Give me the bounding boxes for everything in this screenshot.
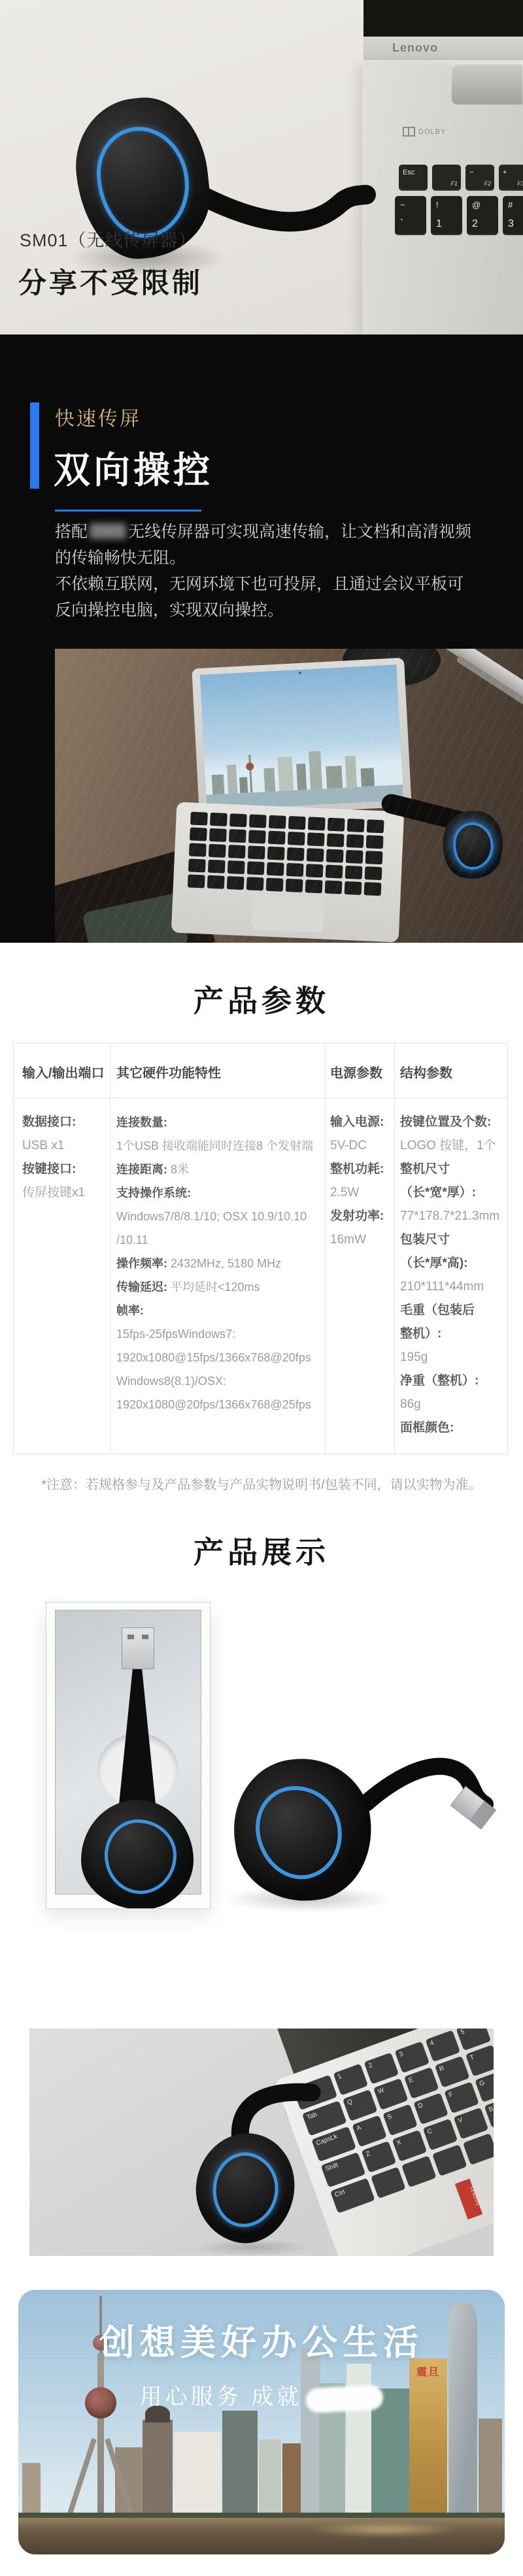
spec-line: 毛重（包装后 (400, 1299, 499, 1322)
keyboard-key (286, 863, 304, 877)
building-logo: 震旦 (409, 2364, 447, 2379)
redacted-brand (305, 2385, 384, 2413)
spec-line: 1个USB 接收端能同时连接8 个发射端 (116, 1134, 313, 1158)
keyboard-key (345, 881, 362, 895)
banner-subtitle: 用心服务 成就 (18, 2379, 505, 2411)
feature-title: 双向操控 (54, 442, 213, 494)
wallpaper-building (278, 757, 294, 791)
keyboard-key: F (444, 2081, 479, 2113)
wallpaper-building (296, 764, 307, 791)
device-blue-ring-icon (450, 820, 496, 872)
keyboard-key (366, 835, 384, 849)
river-water (18, 2518, 505, 2554)
redacted-brand (90, 523, 126, 539)
keyboard-key (209, 828, 227, 842)
keyboard-key: A (352, 2115, 387, 2147)
keyboard-key (229, 813, 247, 827)
spec-line: 输入电源: (330, 1111, 384, 1134)
keyboard-key (364, 882, 382, 896)
keyboard-function-row: EscF1−F2+F3 (399, 165, 523, 189)
spec-line: 5V-DC (330, 1134, 384, 1158)
specs-title: 产品参数 (0, 977, 523, 1020)
keyboard-key: V (454, 2108, 489, 2140)
spec-line: 包装尺寸 (400, 1228, 499, 1252)
dolby-label: DOLBY (418, 128, 446, 136)
keyboard-key (190, 811, 208, 825)
spec-column-hardware: 连接数量:1个USB 接收端能同时连接8 个发射端连接距离: 8米支持操作系统:… (116, 1111, 313, 1416)
spec-line: 77*178.7*21.3mm (400, 1205, 499, 1228)
keyboard-key (268, 831, 286, 845)
screen-wallpaper (200, 664, 403, 810)
building (301, 2348, 320, 2518)
keyboard-key: G (475, 2070, 494, 2102)
banner-subtitle-text: 用心服务 成就 (140, 2385, 302, 2409)
tower-column (97, 2353, 104, 2518)
usb-connector (122, 1627, 154, 1669)
keyboard-number-row: ~`!1@2#3 (395, 196, 523, 234)
box-tray (55, 1610, 201, 1895)
keyboard-key (306, 864, 324, 877)
keyboard-key (325, 881, 343, 894)
table-border (507, 1043, 508, 1454)
spec-line: 净重（整机）: (400, 1369, 499, 1393)
keyboard-key: F1 (432, 165, 461, 189)
table-border (13, 1043, 508, 1043)
keyboard-key (328, 818, 345, 832)
wallpaper-building (345, 756, 357, 788)
feature-section: 快速传屏 双向操控 搭配无线传屏器可实现高速传输，让文档和高清视频 的传输畅快无… (0, 334, 523, 943)
keyboard-key: R (435, 2056, 470, 2088)
spec-line: 195g (400, 1346, 499, 1369)
keyboard-key (345, 866, 363, 879)
spec-line: 传输延迟: 平均延时<120ms (116, 1275, 313, 1299)
column-header: 其它硬件功能特性 (116, 1062, 221, 1081)
keyboard-key (189, 843, 207, 856)
keyboard-key (371, 2167, 406, 2199)
spec-line: 1920x1080@20fps/1366x768@25fps (116, 1393, 313, 1416)
usage-photo (55, 649, 523, 943)
keyboard-key: 1 (333, 2064, 369, 2096)
keyboard-key (247, 861, 265, 875)
keyboard-key: 4 (425, 2030, 460, 2062)
keyboard-key (267, 847, 285, 860)
building (22, 2463, 41, 2518)
keyboard-key (307, 848, 324, 862)
keyboard-key: Esc (399, 165, 428, 189)
keyboard-key: @2 (467, 196, 498, 234)
keyboard-key (365, 866, 382, 880)
accent-bar (30, 402, 39, 489)
spec-line: 按键接口: (22, 1158, 85, 1181)
spec-line: 按键位置及个数: (400, 1111, 499, 1134)
trackpad (251, 894, 324, 933)
spec-line: 发射功率: (330, 1205, 384, 1228)
spec-line: Windows7/8/8.1/10; OSX 10.9/10.10 (116, 1205, 313, 1228)
spec-line: 面框颜色: (400, 1416, 499, 1440)
wallpaper-water (206, 785, 403, 811)
keyboard-key (346, 834, 364, 848)
brand-banner: 震旦 创想美好办公生活 用心服务 成就 (18, 2290, 505, 2554)
keyboard-key: D (413, 2093, 448, 2125)
wallpaper-building (309, 751, 322, 790)
keyboard-key (287, 847, 305, 861)
laptop-deck: DOLBY EscF1−F2+F3 ~`!1@2#3 (362, 65, 523, 334)
keyboard-key (188, 858, 206, 872)
macbook-screen (192, 658, 411, 818)
keyboard-key: Q (343, 2089, 378, 2121)
packaging-box-photo (46, 1602, 211, 1909)
webcam-icon (298, 672, 301, 674)
chair (82, 892, 188, 943)
hero-headline: 分享不受限制 (18, 261, 203, 301)
spec-line: 操作频率: 2432MHz, 5180 MHz (116, 1252, 313, 1275)
spec-column-structure: 按键位置及个数:LOGO 按键，1个整机尺寸（长*宽*厚）:77*178.7*2… (400, 1111, 499, 1440)
keyboard-key (401, 2155, 437, 2187)
keyboard-key (288, 816, 306, 830)
device-blue-ring-icon (94, 124, 192, 240)
desc-line3: 不依赖互联网，无网环境下也可投屏，且通过会议平板可 (55, 575, 464, 593)
keyboard-key: S (382, 2104, 418, 2136)
product-detail-page: Lenovo DOLBY EscF1−F2+F3 ~`!1@2#3 SM01（无… (0, 0, 523, 2576)
spec-line: 支持操作系统: (116, 1181, 313, 1205)
hero-photo: Lenovo DOLBY EscF1−F2+F3 ~`!1@2#3 SM01（无… (0, 0, 523, 334)
feature-description: 搭配无线传屏器可实现高速传输，让文档和高清视频 的传输畅快无阻。 不依赖互联网，… (55, 519, 506, 623)
keyboard-key (269, 815, 286, 829)
spec-line: 210*111*44mm (400, 1275, 499, 1299)
wallpaper-building (227, 764, 237, 794)
marker-tray-shadow (456, 655, 523, 732)
keyboard-key: 2 (364, 2053, 399, 2085)
keyboard-key (307, 832, 325, 846)
macbook-keyboard (188, 811, 390, 896)
speakerphone (343, 649, 441, 687)
keyboard-key (248, 845, 265, 859)
keyboard-key (190, 827, 207, 841)
keyboard-key: !1 (431, 196, 462, 234)
spec-line: 15fps-25fpsWindows7: (116, 1322, 313, 1346)
laptop-lid (363, 0, 523, 37)
specs-disclaimer: *注意：若规格参与及产品参数与产品实物说明书/包装不同，请以实物为准。 (0, 1474, 523, 1493)
keyboard-key (365, 851, 383, 864)
keyboard-key: C (423, 2119, 458, 2151)
keyboard-key (228, 860, 245, 874)
keyboard-key (326, 849, 344, 863)
showcase-title: 产品展示 (0, 1529, 523, 1572)
spec-line: （长*宽*厚）: (400, 1181, 499, 1205)
feature-tag: 快速传屏 (55, 402, 141, 431)
building (479, 2419, 502, 2518)
table-border (394, 1043, 395, 1454)
dolby-logo: DOLBY (403, 127, 446, 137)
floor (55, 847, 215, 943)
device-cable (379, 792, 474, 833)
marker-tray (428, 649, 523, 708)
pearl-tower-mini (248, 755, 252, 792)
table-border (13, 1454, 508, 1454)
wallpaper-building (212, 774, 225, 794)
spec-line: Windows8(8.1)/OSX: (116, 1369, 313, 1393)
keyboard-key: +F3 (499, 165, 523, 189)
keyboard-key (227, 876, 245, 890)
keyboard-key (346, 850, 363, 864)
keyboard-key (228, 845, 246, 858)
column-header: 结构参数 (400, 1062, 452, 1081)
keyboard-key: #3 (503, 196, 523, 234)
keyboard-key (188, 874, 205, 888)
presenter-device (186, 2124, 305, 2252)
keyboard-key: ~` (395, 196, 426, 234)
desc-line2: 的传输畅快无阻。 (55, 549, 186, 567)
dolby-icon (403, 127, 415, 137)
spec-line: 1920x1080@15fps/1366x768@20fps (116, 1346, 313, 1369)
usb-connector (450, 1786, 497, 1830)
keyboard-key: 3 (395, 2041, 430, 2073)
keyboard-key (267, 862, 284, 876)
spec-line: USB x1 (22, 1134, 85, 1158)
table-border (13, 1043, 14, 1454)
spec-line: 连接数量: (116, 1111, 313, 1134)
wallpaper-building (263, 768, 275, 792)
keyboard-key (308, 817, 326, 830)
keyboard-key (249, 814, 267, 828)
table-border (325, 1043, 326, 1454)
spec-column-power: 输入电源:5V-DC整机功耗:2.5W发射功率:16mW (330, 1111, 384, 1252)
keyboard-key (229, 829, 246, 843)
model-label: SM01（无线传屏器） (20, 226, 197, 252)
spec-line: 数据接口: (22, 1111, 85, 1134)
keyboard-key (266, 878, 284, 892)
spec-line: 传屏按键x1 (22, 1181, 85, 1205)
spec-line: 连接距离: 8米 (116, 1158, 313, 1181)
spec-line: （长*厚*高): (400, 1252, 499, 1275)
keyboard-key (288, 832, 305, 845)
keyboard-key (208, 860, 226, 873)
device-blue-ring-icon (105, 1819, 177, 1894)
spec-line: 帧率: (116, 1299, 313, 1322)
desc-line1: 无线传屏器可实现高速传输，让文档和高清视频 (128, 523, 471, 541)
keyboard-key (432, 2144, 467, 2176)
keyboard-key (327, 834, 345, 847)
building (222, 2411, 258, 2518)
building (143, 2420, 173, 2518)
presenter-device (81, 1800, 194, 1909)
keyboard-key (367, 819, 384, 833)
keyboard-key (326, 865, 343, 879)
accent-underline (55, 510, 201, 512)
device-blue-ring-icon (248, 1778, 350, 1887)
banner-title: 创想美好办公生活 (18, 2315, 505, 2365)
keyboard-key: T (465, 2045, 494, 2077)
macbook-deck (171, 802, 404, 943)
keyboard-key (248, 830, 266, 843)
lenovo-logo: Lenovo (392, 41, 438, 55)
building (174, 2432, 221, 2518)
column-header: 输入/输出端口 (22, 1062, 105, 1081)
spec-line: 整机功耗: (330, 1158, 384, 1181)
keyboard-key (347, 819, 365, 832)
desc-line4: 反向操控电脑，实现双向操控。 (55, 601, 284, 619)
spec-line: 整机）: (400, 1322, 499, 1346)
wallpaper-building (361, 768, 375, 787)
presenter-device (438, 807, 507, 883)
spec-line: LOGO 按键，1个 (400, 1134, 499, 1158)
specs-table: 输入/输出端口 其它硬件功能特性 电源参数 结构参数 数据接口:USB x1按键… (13, 1043, 508, 1454)
keyboard-key: X (392, 2130, 428, 2162)
keyboard-key: E (404, 2067, 439, 2099)
column-header: 电源参数 (330, 1062, 382, 1081)
spec-line: 86g (400, 1393, 499, 1416)
desc-prefix: 搭配 (55, 523, 88, 541)
skyline-wallpaper (204, 743, 403, 795)
spec-line: /10.11 (116, 1228, 313, 1252)
wallpaper-building (326, 766, 343, 789)
tower-leg (65, 2438, 97, 2520)
tower-leg (105, 2438, 136, 2520)
building (259, 2439, 281, 2518)
keyboard-key: −F2 (465, 165, 494, 189)
keyboard-key (305, 879, 323, 893)
keyboard-key (210, 813, 228, 826)
keyboard-key: W (373, 2078, 409, 2110)
table-border (13, 1098, 508, 1098)
keyboard-key (286, 879, 303, 892)
wallpaper-building (239, 777, 248, 793)
pearl-tower-mini-sphere (246, 762, 254, 771)
spec-column-io: 数据接口:USB x1按键接口:传屏按键x1 (22, 1111, 85, 1205)
table-border (110, 1043, 110, 1454)
spec-line: 16mW (330, 1228, 384, 1252)
laptop-hinge (451, 63, 523, 105)
spec-line: 2.5W (330, 1181, 384, 1205)
keyboard-key (246, 877, 264, 890)
laptop-lid-edge: Lenovo (363, 37, 523, 60)
device-blue-ring-icon (206, 2147, 286, 2233)
keyboard-key (463, 2133, 494, 2165)
keyboard-key: Z (362, 2141, 397, 2173)
keyboard-key (207, 875, 225, 889)
spec-line: 整机尺寸 (400, 1158, 499, 1181)
water-reflection (306, 2522, 463, 2537)
keyboard-key (209, 844, 226, 858)
laptop-plugged-photo: Lenovo Esc12345TabQWERTCapsLkASDFGShiftZ… (29, 2029, 494, 2256)
